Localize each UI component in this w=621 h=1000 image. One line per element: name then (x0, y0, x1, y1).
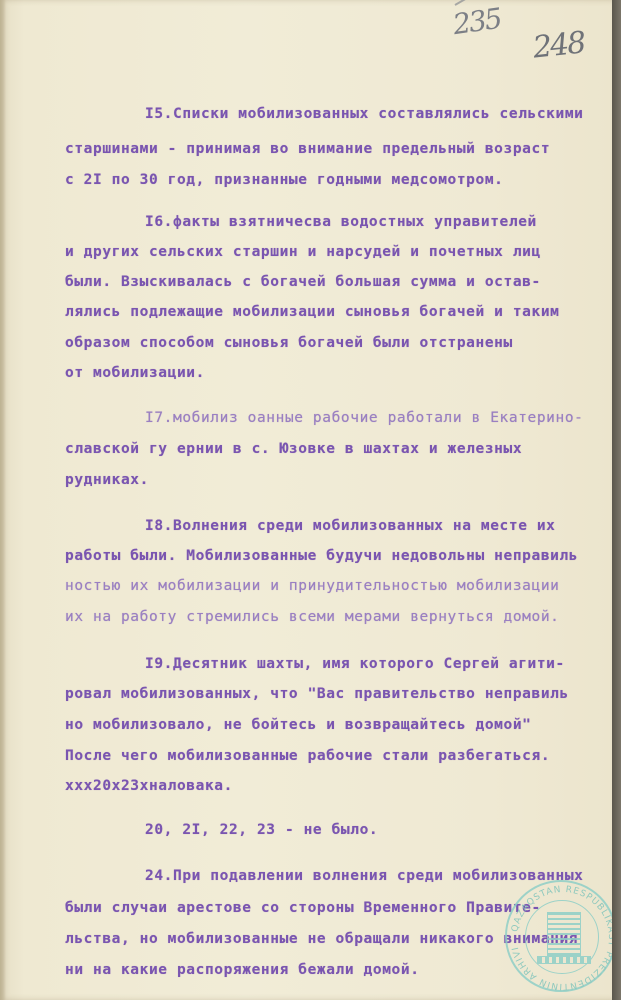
paragraph-24-line-3: льства, но мобилизованные не обращали ни… (65, 931, 578, 947)
paragraph-15-line-2: старшинами - принимая во внимание предел… (65, 141, 550, 157)
paragraph-19-line-4: После чего мобилизованные рабочие стали … (65, 748, 550, 764)
paragraph-15-line-1: I5.Списки мобилизованных составлялись се… (145, 106, 584, 122)
paragraph-16-line-4: лялись подлежащие мобилизации сыновья бо… (65, 304, 559, 320)
paragraph-18-line-1: I8.Волнения среди мобилизованных на мест… (145, 518, 556, 534)
folio-number-current: 248 (531, 25, 586, 65)
paragraph-15-line-3: с 2I по 30 год, признанные годными медсо… (65, 172, 504, 188)
paragraph-17-line-2: славской гу ернии в с. Юзовке в шахтах и… (65, 441, 522, 457)
paragraph-16-line-2: и других сельских старшин и нарсудей и п… (65, 244, 541, 260)
paragraph-19-line-1: I9.Десятник шахты, имя которого Сергей а… (145, 656, 565, 672)
page-edge-shadow (612, 0, 621, 1000)
paragraph-19-line-3: но мобилизовало, не бойтесь и возвращайт… (65, 717, 532, 733)
paragraph-18-line-2: работы были. Мобилизованные будучи недов… (65, 548, 578, 564)
paragraph-18-line-3: ностью их мобилизации и принудительность… (65, 578, 559, 594)
paragraph-16-line-3: были. Взыскивалась с богачей большая сум… (65, 274, 541, 290)
paragraph-19-line-2: ровал мобилизованных, что "Вас правитель… (65, 686, 569, 702)
folio-number-crossed: 235 (451, 2, 503, 41)
svg-text:QAZAQSTAN RESPUBLIKASY PREZIDE: QAZAQSTAN RESPUBLIKASY PREZIDENTININ ARH… (510, 885, 616, 991)
document-page: 235 248 I5.Списки мобилизованных составл… (0, 0, 612, 1000)
paragraph-16-line-6: от мобилизации. (65, 365, 205, 381)
paragraph-19-line-5-struck: ххх20х23хналовака. (65, 778, 233, 794)
paragraph-16-line-1: I6.факты взятничесва водостных управител… (145, 214, 537, 230)
archive-stamp: QAZAQSTAN RESPUBLIKASY PREZIDENTININ ARH… (505, 880, 617, 992)
stamp-circular-text: QAZAQSTAN RESPUBLIKASY PREZIDENTININ ARH… (507, 882, 619, 994)
paragraph-17-line-3: рудниках. (65, 472, 149, 488)
paragraphs-20-23-line: 20, 2I, 22, 23 - не было. (145, 822, 378, 838)
paragraph-16-line-5: образом способом сыновья богачей были от… (65, 335, 513, 351)
paragraph-24-line-4: ни на какие распоряжения бежали домой. (65, 962, 420, 978)
paragraph-24-line-2: были случаи арестове со стороны Временно… (65, 900, 541, 916)
paragraph-17-line-1: I7.мобилиз оанные рабочие работали в Ека… (145, 410, 584, 426)
paragraph-18-line-4: их на работу стремились всеми мерами вер… (65, 609, 559, 625)
